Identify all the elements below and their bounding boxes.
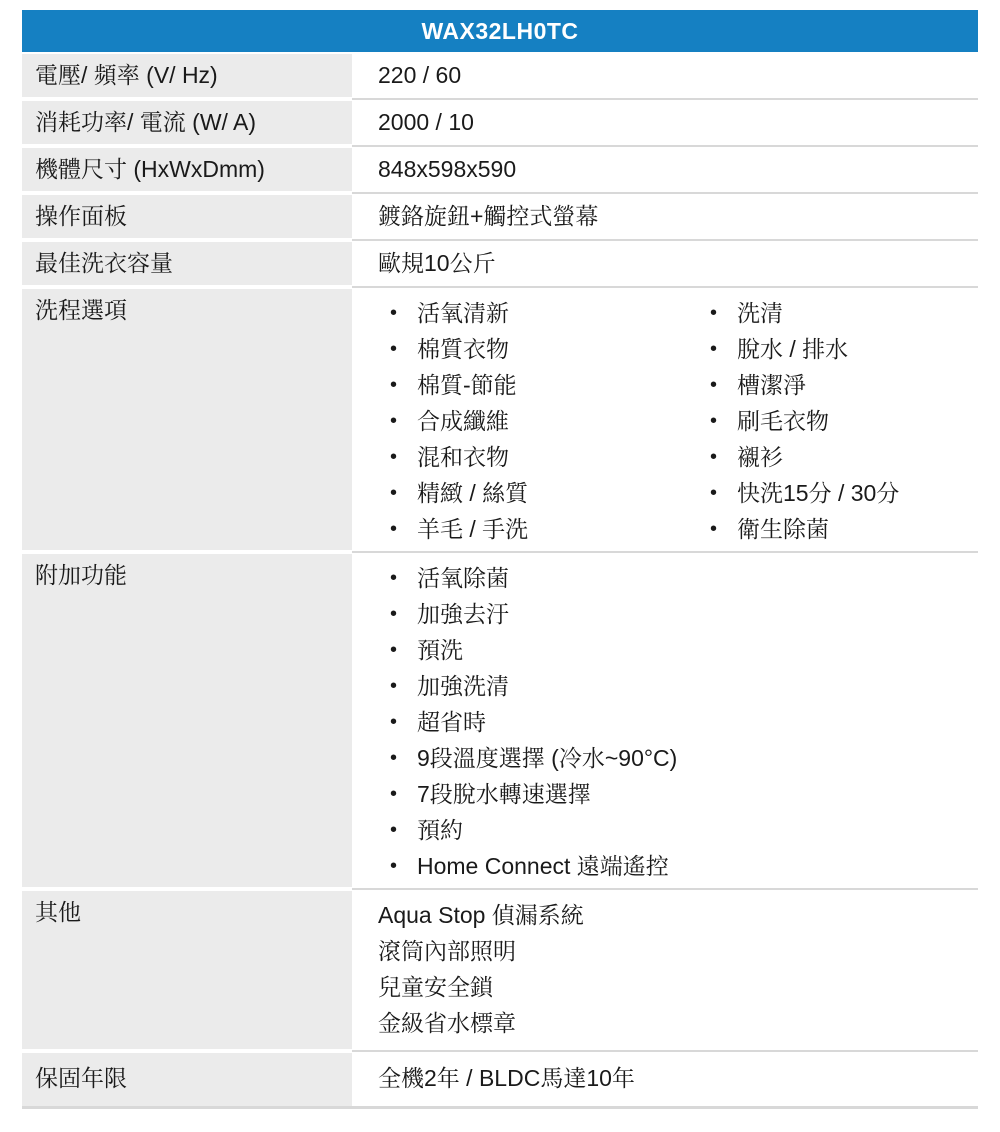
other-item: 金級省水標章 <box>378 1005 968 1041</box>
row-wash-programs: 洗程選項 活氧清新 棉質衣物 棉質-節能 合成纖維 混和衣物 精緻 / 絲質 羊… <box>22 289 978 554</box>
program-item: 精緻 / 絲質 <box>390 475 698 511</box>
feature-item: 預洗 <box>390 632 968 668</box>
row-label: 最佳洗衣容量 <box>22 242 352 289</box>
row-value: Aqua Stop 偵漏系統 滾筒內部照明 兒童安全鎖 金級省水標章 <box>352 891 978 1053</box>
row-label: 消耗功率/ 電流 (W/ A) <box>22 101 352 148</box>
row-label: 操作面板 <box>22 195 352 242</box>
spec-table: WAX32LH0TC 電壓/ 頻率 (V/ Hz) 220 / 60 消耗功率/… <box>22 10 978 1109</box>
feature-item: 預約 <box>390 812 968 848</box>
program-columns: 活氧清新 棉質衣物 棉質-節能 合成纖維 混和衣物 精緻 / 絲質 羊毛 / 手… <box>378 295 968 547</box>
row-value: 鍍鉻旋鈕+觸控式螢幕 <box>352 195 978 242</box>
row-additional-functions: 附加功能 活氧除菌 加強去汙 預洗 加強洗清 超省時 9段溫度選擇 (冷水~90… <box>22 554 978 891</box>
feature-item: 活氧除菌 <box>390 560 968 596</box>
program-item: 混和衣物 <box>390 439 698 475</box>
program-item: 棉質衣物 <box>390 331 698 367</box>
feature-item: 7段脫水轉速選擇 <box>390 776 968 812</box>
row-label: 洗程選項 <box>22 289 352 554</box>
row-value: 活氧除菌 加強去汙 預洗 加強洗清 超省時 9段溫度選擇 (冷水~90°C) 7… <box>352 554 978 891</box>
row-value: 2000 / 10 <box>352 101 978 148</box>
program-item: 脫水 / 排水 <box>710 331 968 367</box>
row-label: 電壓/ 頻率 (V/ Hz) <box>22 54 352 101</box>
program-item: 活氧清新 <box>390 295 698 331</box>
program-item: 襯衫 <box>710 439 968 475</box>
row-value: 全機2年 / BLDC馬達10年 <box>352 1053 978 1106</box>
row-others: 其他 Aqua Stop 偵漏系統 滾筒內部照明 兒童安全鎖 金級省水標章 <box>22 891 978 1053</box>
row-value: 歐規10公斤 <box>352 242 978 289</box>
row-warranty: 保固年限 全機2年 / BLDC馬達10年 <box>22 1053 978 1106</box>
model-name: WAX32LH0TC <box>421 18 578 45</box>
program-item: 刷毛衣物 <box>710 403 968 439</box>
row-power-current: 消耗功率/ 電流 (W/ A) 2000 / 10 <box>22 101 978 148</box>
program-item: 槽潔淨 <box>710 367 968 403</box>
row-voltage-frequency: 電壓/ 頻率 (V/ Hz) 220 / 60 <box>22 54 978 101</box>
other-item: Aqua Stop 偵漏系統 <box>378 897 968 933</box>
feature-item: 9段溫度選擇 (冷水~90°C) <box>390 740 968 776</box>
row-capacity: 最佳洗衣容量 歐規10公斤 <box>22 242 978 289</box>
program-item: 快洗15分 / 30分 <box>710 475 968 511</box>
feature-item: 超省時 <box>390 704 968 740</box>
program-list-left: 活氧清新 棉質衣物 棉質-節能 合成纖維 混和衣物 精緻 / 絲質 羊毛 / 手… <box>378 295 698 547</box>
row-dimensions: 機體尺寸 (HxWxDmm) 848x598x590 <box>22 148 978 195</box>
model-header: WAX32LH0TC <box>22 10 978 54</box>
feature-item: 加強洗清 <box>390 668 968 704</box>
program-item: 羊毛 / 手洗 <box>390 511 698 547</box>
program-item: 洗清 <box>710 295 968 331</box>
program-item: 合成纖維 <box>390 403 698 439</box>
row-value: 848x598x590 <box>352 148 978 195</box>
program-item: 衛生除菌 <box>710 511 968 547</box>
row-label: 附加功能 <box>22 554 352 891</box>
row-label: 機體尺寸 (HxWxDmm) <box>22 148 352 195</box>
feature-list: 活氧除菌 加強去汙 預洗 加強洗清 超省時 9段溫度選擇 (冷水~90°C) 7… <box>378 560 968 884</box>
row-label: 其他 <box>22 891 352 1053</box>
program-item: 棉質-節能 <box>390 367 698 403</box>
row-label: 保固年限 <box>22 1053 352 1106</box>
program-list-right: 洗清 脫水 / 排水 槽潔淨 刷毛衣物 襯衫 快洗15分 / 30分 衛生除菌 <box>698 295 968 547</box>
row-control-panel: 操作面板 鍍鉻旋鈕+觸控式螢幕 <box>22 195 978 242</box>
other-item: 滾筒內部照明 <box>378 933 968 969</box>
row-value: 活氧清新 棉質衣物 棉質-節能 合成纖維 混和衣物 精緻 / 絲質 羊毛 / 手… <box>352 289 978 554</box>
feature-item: Home Connect 遠端遙控 <box>390 848 968 884</box>
other-item: 兒童安全鎖 <box>378 969 968 1005</box>
feature-item: 加強去汙 <box>390 596 968 632</box>
row-value: 220 / 60 <box>352 54 978 101</box>
